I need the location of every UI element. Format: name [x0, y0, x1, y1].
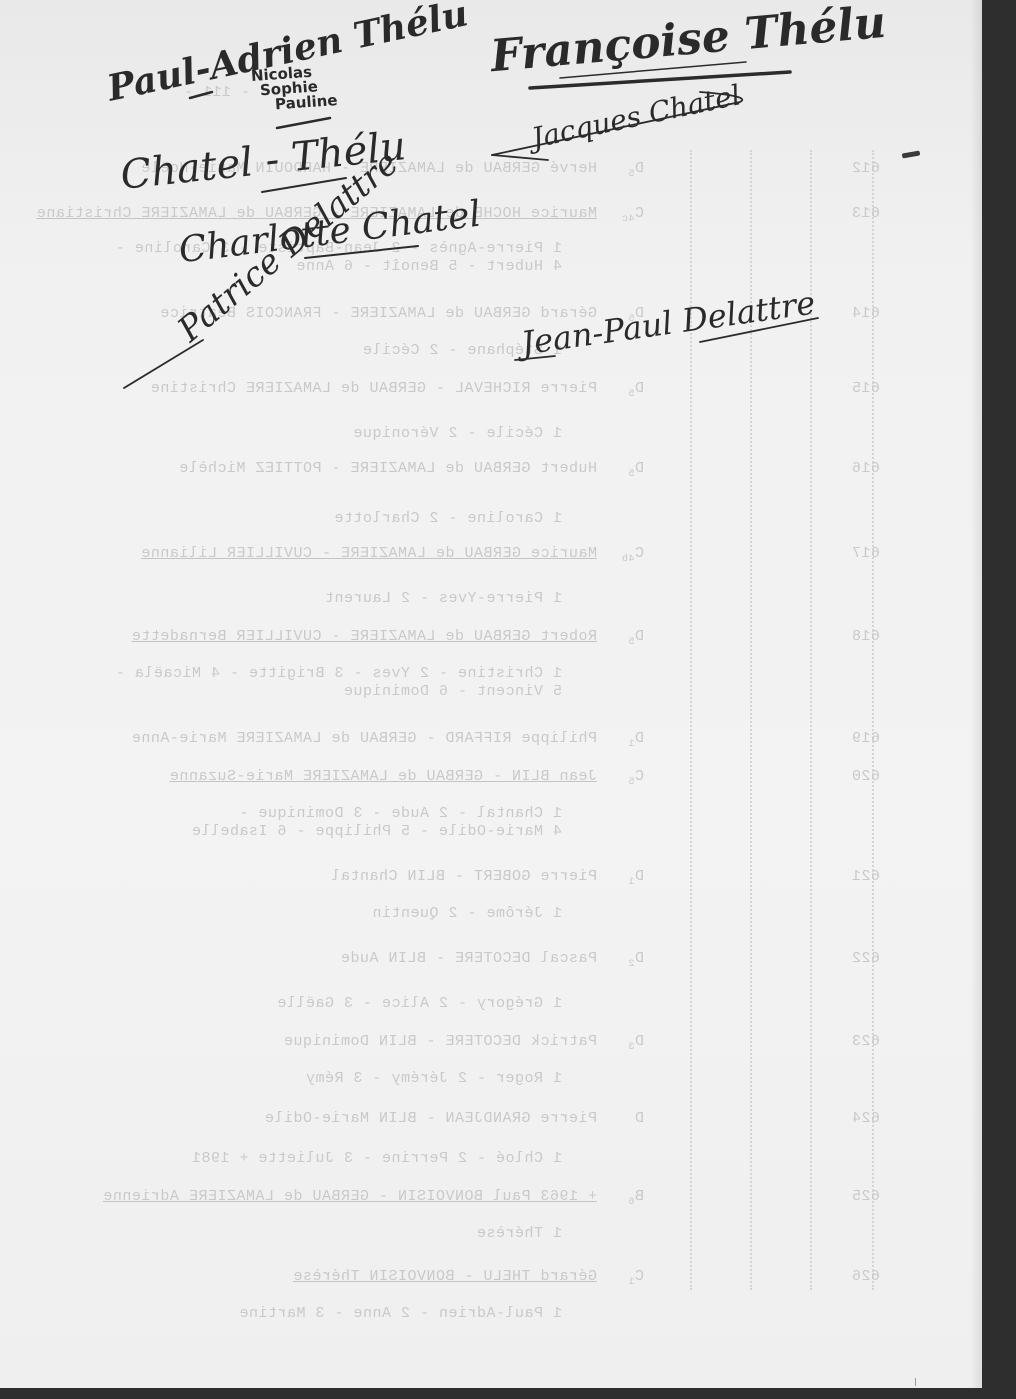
generation-code: D5: [628, 460, 644, 480]
scanned-page: - 111 - 612D5Hervé GERBAU de LAMAZIERE -…: [0, 0, 982, 1388]
entry-couple-line: Pascal DECOTERE - BLIN Aude: [340, 950, 597, 967]
entry-children-line: 4 Marie-Odile - 5 Philippe - 6 Isabelle: [191, 823, 562, 840]
generation-code: D5: [628, 160, 644, 180]
entry-number: 622: [851, 950, 880, 967]
entry-number: 620: [851, 768, 880, 785]
signature-children-names: Nicolas Sophie Pauline: [251, 63, 338, 114]
entry-children-line: 1 Roger - 2 Jérémy - 3 Rémy: [305, 1070, 562, 1087]
entry-number: 623: [851, 1033, 880, 1050]
scan-artifact: [915, 1378, 916, 1386]
entry-couple-line: Pierre GOBERT - BLIN Chantal: [331, 868, 597, 885]
entry-couple-line: Pierre GRANDJEAN - BLIN Marie-Odile: [264, 1110, 597, 1127]
entry-couple-line: Jean BLIN - GERBAU de LAMAZIERE Marie-Su…: [169, 768, 597, 785]
entry-children-line: 1 Grégory - 2 Alice - 3 Gaëlle: [277, 995, 562, 1012]
show-through-text-layer: - 111 - 612D5Hervé GERBAU de LAMAZIERE -…: [0, 0, 982, 1388]
generation-code: D5: [628, 380, 644, 400]
entry-couple-line: Philippe RIFFARD - GERBAU de LAMAZIERE M…: [131, 730, 597, 747]
entry-children-line: 1 Chloé - 2 Perrine - 3 Juliette + 1981: [191, 1150, 562, 1167]
entry-couple-line: Pierre RICHEVAL - GERBAU de LAMAZIERE Ch…: [150, 380, 597, 397]
entry-couple-line: Gérard THELU - BONVOISIN Thérèse: [293, 1268, 597, 1285]
entry-children-line: 1 Chantal - 2 Aude - 3 Dominique -: [239, 805, 562, 822]
entry-children-line: 1 Thérèse: [476, 1225, 562, 1242]
entry-number: 621: [851, 868, 880, 885]
entry-couple-line: + 1963 Paul BONVOISIN - GERBAU de LAMAZI…: [103, 1188, 597, 1205]
generation-code: C4c: [621, 205, 644, 225]
entry-couple-line: Maurice GERBAU de LAMAZIERE - CUVILLIER …: [141, 545, 597, 562]
entry-number: 625: [851, 1188, 880, 1205]
generation-code: B6: [628, 1188, 644, 1208]
entry-children-line: 5 Vincent - 6 Dominique: [343, 683, 562, 700]
entry-children-line: 1 Cécile - 2 Véronique: [353, 425, 562, 442]
entry-number: 617: [851, 545, 880, 562]
entry-children-line: 1 Christine - 2 Yves - 3 Brigitte - 4 Mi…: [115, 665, 562, 682]
entry-children-line: 1 Paul-Adrien - 2 Anne - 3 Martine: [239, 1305, 562, 1322]
entry-number: 616: [851, 460, 880, 477]
entry-number: 619: [851, 730, 880, 747]
entry-couple-line: Patrick DECOTERE - BLIN Dominique: [283, 1033, 597, 1050]
entry-number: 612: [851, 160, 880, 177]
entry-children-line: 1 Caroline - 2 Charlotte: [334, 510, 562, 527]
entry-children-line: 1 Jérôme - 2 Quentin: [372, 905, 562, 922]
entry-number: 613: [851, 205, 880, 222]
entry-children-line: 1 Pierre-Yves - 2 Laurent: [324, 590, 562, 607]
generation-code: C1: [628, 1268, 644, 1288]
generation-code: D5: [628, 628, 644, 648]
entry-children-line: 4 Hubert - 5 Benoît - 6 Anne: [296, 258, 562, 275]
generation-code: D1: [628, 868, 644, 888]
entry-couple-line: Hubert GERBAU de LAMAZIERE - POTTIEZ Mic…: [179, 460, 597, 477]
generation-code: D: [634, 1110, 644, 1130]
entry-number: 624: [851, 1110, 880, 1127]
generation-code: C5: [628, 768, 644, 788]
generation-code: C4b: [621, 545, 644, 565]
generation-code: D2: [628, 950, 644, 970]
entry-number: 614: [851, 305, 880, 322]
entry-couple-line: Robert GERBAU de LAMAZIERE - CUVILLIER B…: [131, 628, 597, 645]
entry-number: 618: [851, 628, 880, 645]
generation-code: D3: [628, 1033, 644, 1053]
generation-code: D1: [628, 730, 644, 750]
entry-number: 615: [851, 380, 880, 397]
entry-number: 626: [851, 1268, 880, 1285]
